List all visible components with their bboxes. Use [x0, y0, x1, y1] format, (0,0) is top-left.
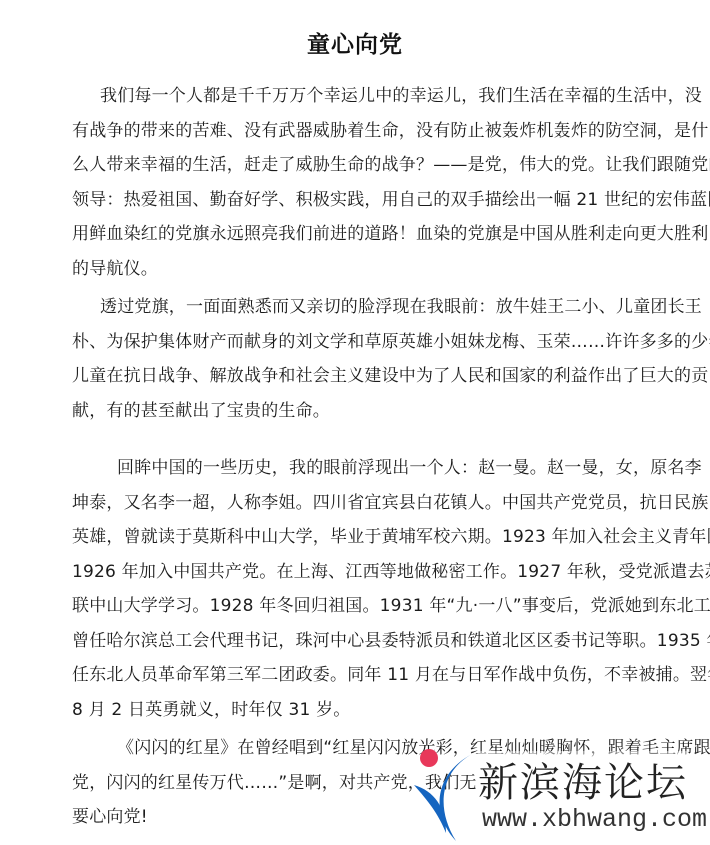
text-line: 用鲜血染红的党旗永远照亮我们前进的道路！血染的党旗是中国从胜利走向更大胜利 — [72, 217, 662, 252]
text-line: 透过党旗，一面面熟悉而又亲切的脸浮现在我眼前：放牛娃王二小、儿童团长王 — [72, 290, 662, 325]
text-line: 回眸中国的一些历史，我的眼前浮现出一个人：赵一曼。赵一曼，女，原名李 — [72, 451, 662, 486]
text-line: 朴、为保护集体财产而献身的刘文学和草原英雄小姐妹龙梅、玉荣……许许多多的少年 — [72, 325, 662, 360]
text-line: 联中山大学学习。1928 年冬回归祖国。1931 年“九·一八”事变后，党派她到… — [72, 589, 662, 624]
text-line: 的导航仪。 — [72, 252, 662, 287]
paragraph-1: 我们每一个人都是千千万万个幸运儿中的幸运儿，我们生活在幸福的生活中，没 有战争的… — [72, 79, 662, 286]
site-watermark: 新滨海论坛 www.xbhwang.com — [412, 745, 710, 840]
text-line: 英雄，曾就读于莫斯科中山大学，毕业于黄埔军校六期。1923 年加入社会主义青年团… — [72, 520, 662, 555]
text-line: 坤泰，又名李一超，人称李姐。四川省宜宾县白花镇人。中国共产党党员，抗日民族 — [72, 486, 662, 521]
paragraph-2: 透过党旗，一面面熟悉而又亲切的脸浮现在我眼前：放牛娃王二小、儿童团长王 朴、为保… — [72, 290, 662, 428]
text-line: 么人带来幸福的生活，赶走了威胁生命的战争？——是党，伟大的党。让我们跟随党的 — [72, 148, 662, 183]
text-line: 任东北人员革命军第三军二团政委。同年 11 月在与日军作战中负伤，不幸被捕。翌年 — [72, 658, 662, 693]
watermark-name: 新滨海论坛 — [478, 751, 688, 808]
logo-dot-icon — [420, 749, 438, 767]
text-line: 曾任哈尔滨总工会代理书记，珠河中心县委特派员和铁道北区区委书记等职。1935 年 — [72, 624, 662, 659]
text-line: 我们每一个人都是千千万万个幸运儿中的幸运儿，我们生活在幸福的生活中，没 — [72, 79, 662, 114]
watermark-url: www.xbhwang.com — [482, 805, 707, 834]
paragraph-3: 回眸中国的一些历史，我的眼前浮现出一个人：赵一曼。赵一曼，女，原名李 坤泰，又名… — [72, 451, 662, 727]
document-title: 童心向党 — [0, 26, 710, 59]
text-line: 有战争的带来的苦难、没有武器威胁着生命，没有防止被轰炸机轰炸的防空洞，是什 — [72, 114, 662, 149]
text-line: 领导：热爱祖国、勤奋好学、积极实践，用自己的双手描绘出一幅 21 世纪的宏伟蓝图… — [72, 183, 662, 218]
text-line: 1926 年加入中国共产党。在上海、江西等地做秘密工作。1927 年秋，受党派遣… — [72, 555, 662, 590]
text-line: 献，有的甚至献出了宝贵的生命。 — [72, 394, 662, 429]
text-line: 儿童在抗日战争、解放战争和社会主义建设中为了人民和国家的利益作出了巨大的贡 — [72, 359, 662, 394]
text-line: 8 月 2 日英勇就义，时年仅 31 岁。 — [72, 693, 662, 728]
